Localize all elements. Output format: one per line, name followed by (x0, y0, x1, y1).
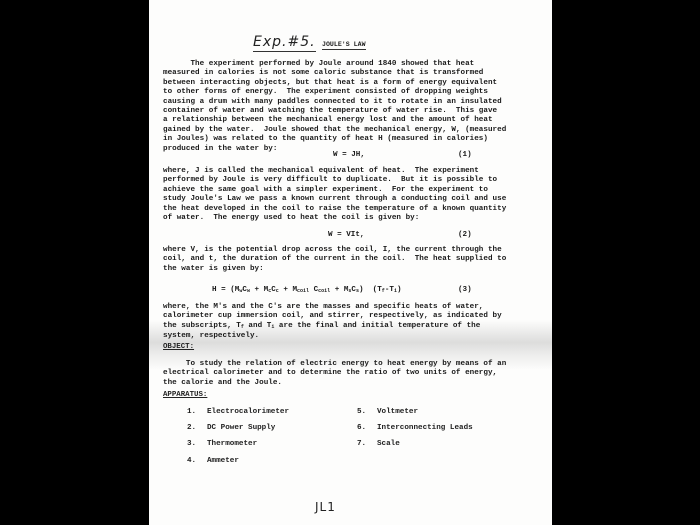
equation-3-number: (3) (458, 286, 472, 294)
text-line: the water is given by: (163, 265, 543, 274)
text-line: gained by the water. Joule showed that t… (163, 126, 543, 135)
equation-3: H = (MwCw + McCc + Mcoil Ccoil + MsCs) (… (212, 286, 402, 294)
apparatus-item-number: 4. (187, 457, 207, 465)
apparatus-item-name: Ammeter (207, 457, 239, 465)
text-line: coil, and t, the duration of the current… (163, 255, 543, 264)
apparatus-item-name: DC Power Supply (207, 424, 275, 432)
text-line: the calorie and the Joule. (163, 379, 543, 388)
apparatus-item-number: 3. (187, 440, 207, 448)
apparatus-item: 3.Thermometer (187, 440, 257, 448)
text-line: where V, is the potential drop across th… (163, 246, 543, 255)
apparatus-heading: APPARATUS: (163, 391, 207, 399)
apparatus-item-name: Voltmeter (377, 408, 418, 416)
equation-2-number: (2) (458, 231, 472, 239)
equation-1: W = JH, (333, 151, 365, 159)
object-paragraph: To study the relation of electric energy… (163, 360, 543, 388)
text-line: a relationship between the mechanical en… (163, 116, 543, 125)
text-line: achieve the same goal with a simpler exp… (163, 186, 543, 195)
apparatus-item: 6.Interconnecting Leads (357, 424, 473, 432)
equation-1-number: (1) (458, 151, 472, 159)
text-line: To study the relation of electric energy… (163, 360, 543, 369)
document-title: JOULE'S LAW (322, 41, 366, 50)
paragraph-2: where, J is called the mechanical equiva… (163, 167, 543, 223)
text-line: electrical calorimeter and to determine … (163, 369, 543, 378)
document-page: Exp.#5. JOULE'S LAW The experiment perfo… (149, 0, 552, 525)
text-line: the subscripts, Tf and Ti are the final … (163, 322, 543, 332)
apparatus-item-number: 7. (357, 440, 377, 448)
text-line: the heat developed in the coil to raise … (163, 205, 543, 214)
text-line: container of water and watching the temp… (163, 107, 543, 116)
apparatus-item-name: Scale (377, 440, 400, 448)
apparatus-item-name: Interconnecting Leads (377, 424, 473, 432)
intro-paragraph: The experiment performed by Joule around… (163, 60, 543, 154)
text-line: of water. The energy used to heat the co… (163, 214, 543, 223)
text-line: where, the M's and the C's are the masse… (163, 303, 543, 312)
text-line: in Joules) was related to the quantity o… (163, 135, 543, 144)
text-line: causing a drum with many paddles connect… (163, 98, 543, 107)
text-line: performed by Joule is very difficult to … (163, 176, 543, 185)
text-line: The experiment performed by Joule around… (163, 60, 543, 69)
equation-2: W = VIt, (328, 231, 364, 239)
apparatus-item-number: 5. (357, 408, 377, 416)
apparatus-item: 1.Electrocalorimeter (187, 408, 289, 416)
apparatus-item: 5.Voltmeter (357, 408, 418, 416)
apparatus-item: 2.DC Power Supply (187, 424, 275, 432)
handwritten-experiment-number: Exp.#5. (253, 34, 316, 52)
page-label: JL1 (315, 500, 336, 514)
apparatus-item-name: Electrocalorimeter (207, 408, 289, 416)
apparatus-item-number: 1. (187, 408, 207, 416)
apparatus-item: 7.Scale (357, 440, 400, 448)
paragraph-4: where, the M's and the C's are the masse… (163, 303, 543, 342)
text-line: measured in calories is not some caloric… (163, 69, 543, 78)
object-heading: OBJECT: (163, 343, 194, 351)
text-line: where, J is called the mechanical equiva… (163, 167, 543, 176)
text-line: to other forms of energy. The experiment… (163, 88, 543, 97)
text-line: between interacting objects, but that he… (163, 79, 543, 88)
apparatus-item-name: Thermometer (207, 440, 257, 448)
apparatus-item-number: 2. (187, 424, 207, 432)
apparatus-item-number: 6. (357, 424, 377, 432)
text-line: system, respectively. (163, 332, 543, 341)
paragraph-3: where V, is the potential drop across th… (163, 246, 543, 274)
text-line: study Joule's Law we pass a known curren… (163, 195, 543, 204)
text-line: calorimeter cup immersion coil, and stir… (163, 312, 543, 321)
apparatus-item: 4.Ammeter (187, 457, 239, 465)
